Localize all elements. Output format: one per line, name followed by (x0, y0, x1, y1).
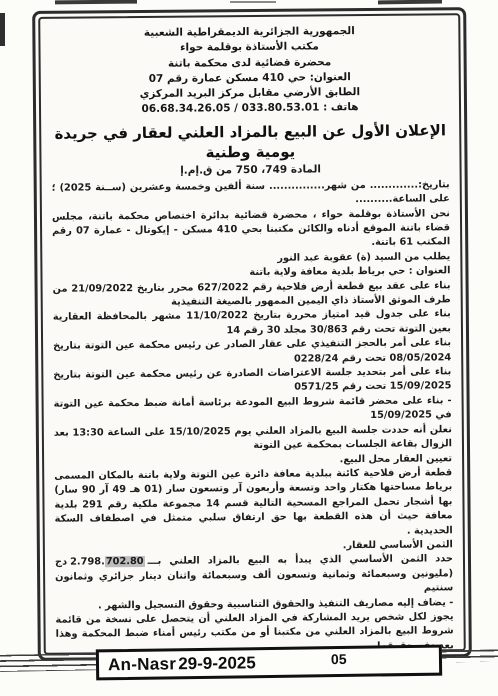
notice-frame: الجمهورية الجزائرية الديمقراطية الشعبية … (32, 7, 472, 661)
page-number: 05 (331, 651, 347, 667)
objections-session-paragraph: بناء على أمر بتحديد جلسة الاعتراضات الصا… (53, 365, 451, 397)
property-description-paragraph: قطعة أرض فلاحية كائنة ببلدية معافة دائرة… (54, 466, 453, 542)
privilege-registration-paragraph: بناء على جدول قيد امتياز محررة بتاريخ 11… (53, 308, 451, 340)
footer-rule-right (438, 649, 498, 662)
scan-artifact-top (55, 0, 137, 4)
article-reference: المادة 749، 750 من ق.إم.إ (52, 162, 450, 178)
deed-paragraph: بناء على عقد بيع قطعة أرض فلاحية رقم 627… (53, 279, 451, 311)
conditions-list-paragraph: - بناء على محضر قائمة شروط البيع المودعة… (54, 394, 452, 426)
price-amount-highlighted: 702.80 (105, 556, 145, 567)
scan-artifact-top (378, 0, 442, 4)
scanned-newspaper-page: { "document": { "header_lines": [ "الجمه… (0, 0, 498, 696)
newspaper-name: An-Nasr (99, 654, 177, 675)
scan-artifact-top (230, 1, 276, 3)
auction-session-paragraph: نعلن أنه حددت جلسة البيع بالمزاد العلني … (54, 423, 452, 455)
price-amount: 2.798.702.80 (70, 556, 145, 568)
footer-rule-left (0, 653, 98, 672)
date-blank-line: بتاريخ:............. من شهر.............… (52, 178, 450, 210)
price-paragraph: حدد الثمن الأساسي الذي يبدأ به البيع بال… (55, 553, 453, 600)
notice-content: الجمهورية الجزائرية الديمقراطية الشعبية … (50, 23, 454, 655)
newspaper-footer-box: An-Nasr 29-9-2025 05 (96, 645, 442, 681)
header-line-phone: هاتف : 033.80.53.01 / 06.68.34.26.05 (51, 100, 449, 119)
publication-date: 29-9-2025 (178, 653, 256, 674)
price-prefix: حدد الثمن الأساسي الذي يبدأ به البيع بال… (148, 554, 453, 568)
scan-artifact-left (0, 13, 5, 46)
seizure-order-paragraph: بناء على أمر بالحجز التنفيذي على عقار ال… (53, 337, 451, 369)
notice-frame-inner: الجمهورية الجزائرية الديمقراطية الشعبية … (38, 13, 466, 655)
bailiff-identity-paragraph: نحن الأستاذة بوقلمة حواء ، محضرة قضائية … (52, 207, 450, 254)
notice-title: الإعلان الأول عن البيع بالمزاد العلني لع… (51, 120, 449, 163)
